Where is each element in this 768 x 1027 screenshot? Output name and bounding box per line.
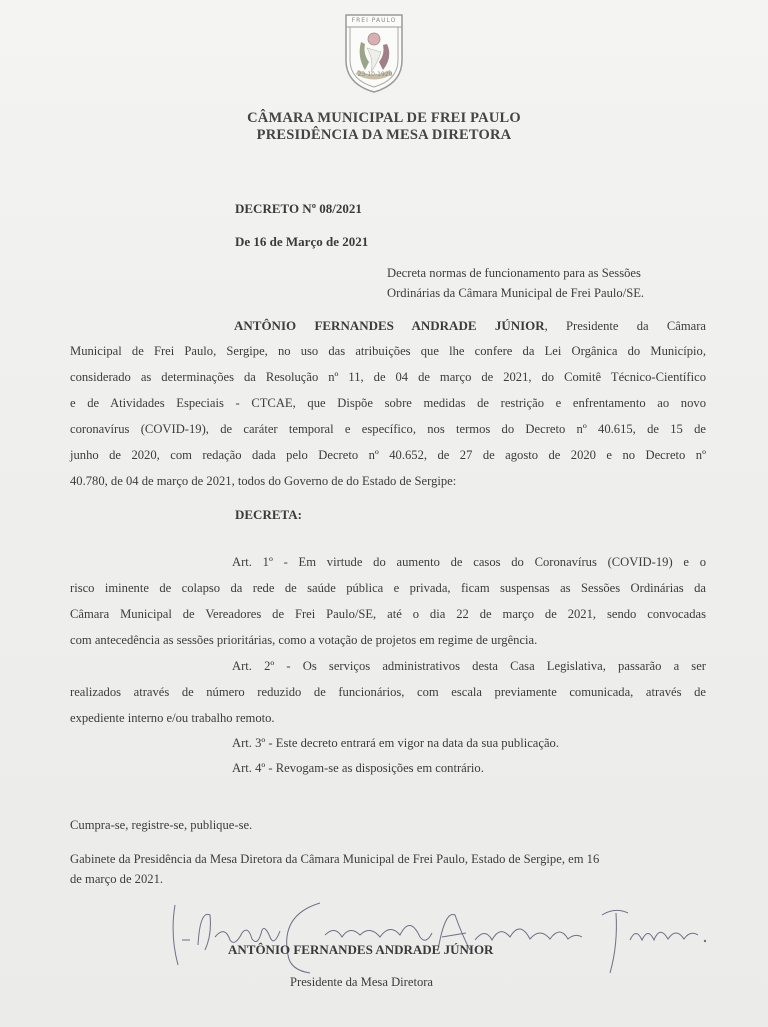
article-1-first-line: Art. 1º - Em virtude do aumento de casos… bbox=[232, 555, 706, 570]
preamble-line: considerado as determinações da Resoluçã… bbox=[70, 370, 706, 385]
preamble-line: coronavírus (COVID-19), de caráter tempo… bbox=[70, 422, 706, 437]
office-line-1: Gabinete da Presidência da Mesa Diretora… bbox=[70, 852, 599, 867]
article-2-line: expediente interno e/ou trabalho remoto. bbox=[70, 711, 275, 726]
signature-icon bbox=[170, 895, 710, 975]
article-1-line: Câmara Municipal de Vereadores de Frei P… bbox=[70, 607, 706, 622]
preamble-line: e de Atividades Especiais - CTCAE, que D… bbox=[70, 396, 706, 411]
municipal-crest: FREI PAULO 23-10-1920 bbox=[343, 12, 405, 94]
article-2-first-line: Art. 2º - Os serviços administrativos de… bbox=[232, 659, 706, 674]
decree-summary-line-2: Ordinárias da Câmara Municipal de Frei P… bbox=[387, 286, 644, 301]
signatory-title: Presidente da Mesa Diretora bbox=[290, 975, 433, 990]
crest-date-text: 23-10-1920 bbox=[355, 71, 395, 78]
crest-top-text: FREI PAULO bbox=[351, 17, 397, 24]
article-3: Art. 3º - Este decreto entrará em vigor … bbox=[232, 736, 559, 751]
article-1-line: com antecedência as sessões prioritárias… bbox=[70, 633, 537, 648]
signatory-name: ANTÔNIO FERNANDES ANDRADE JÚNIOR bbox=[228, 942, 493, 958]
preamble-first-line: ANTÔNIO FERNANDES ANDRADE JÚNIOR, Presid… bbox=[234, 318, 706, 334]
article-1-line: risco iminente de colapso da rede de saú… bbox=[70, 581, 706, 596]
decreta-heading: DECRETA: bbox=[235, 507, 302, 523]
coat-of-arms-icon bbox=[343, 12, 405, 94]
preamble-line: junho de 2020, com redação dada pelo Dec… bbox=[70, 448, 706, 463]
institution-subtitle: PRESIDÊNCIA DA MESA DIRETORA bbox=[0, 127, 768, 144]
office-line-2: de março de 2021. bbox=[70, 872, 163, 887]
president-name: ANTÔNIO FERNANDES ANDRADE JÚNIOR bbox=[234, 318, 545, 333]
handwritten-signature: Antônio Fernandes Andrade Júnior bbox=[170, 895, 710, 975]
institution-name: CÂMARA MUNICIPAL DE FREI PAULO bbox=[0, 110, 768, 127]
decree-number: DECRETO Nº 08/2021 bbox=[235, 201, 362, 217]
decree-summary-line-1: Decreta normas de funcionamento para as … bbox=[387, 266, 641, 281]
preamble-line: 40.780, de 04 de março de 2021, todos do… bbox=[70, 474, 456, 489]
publish-clause: Cumpra-se, registre-se, publique-se. bbox=[70, 818, 252, 833]
article-4: Art. 4º - Revogam-se as disposições em c… bbox=[232, 761, 484, 776]
article-2-line: realizados através de número reduzido de… bbox=[70, 685, 706, 700]
decree-date: De 16 de Março de 2021 bbox=[235, 234, 368, 250]
preamble-line: Municipal de Frei Paulo, Sergipe, no uso… bbox=[70, 344, 706, 359]
